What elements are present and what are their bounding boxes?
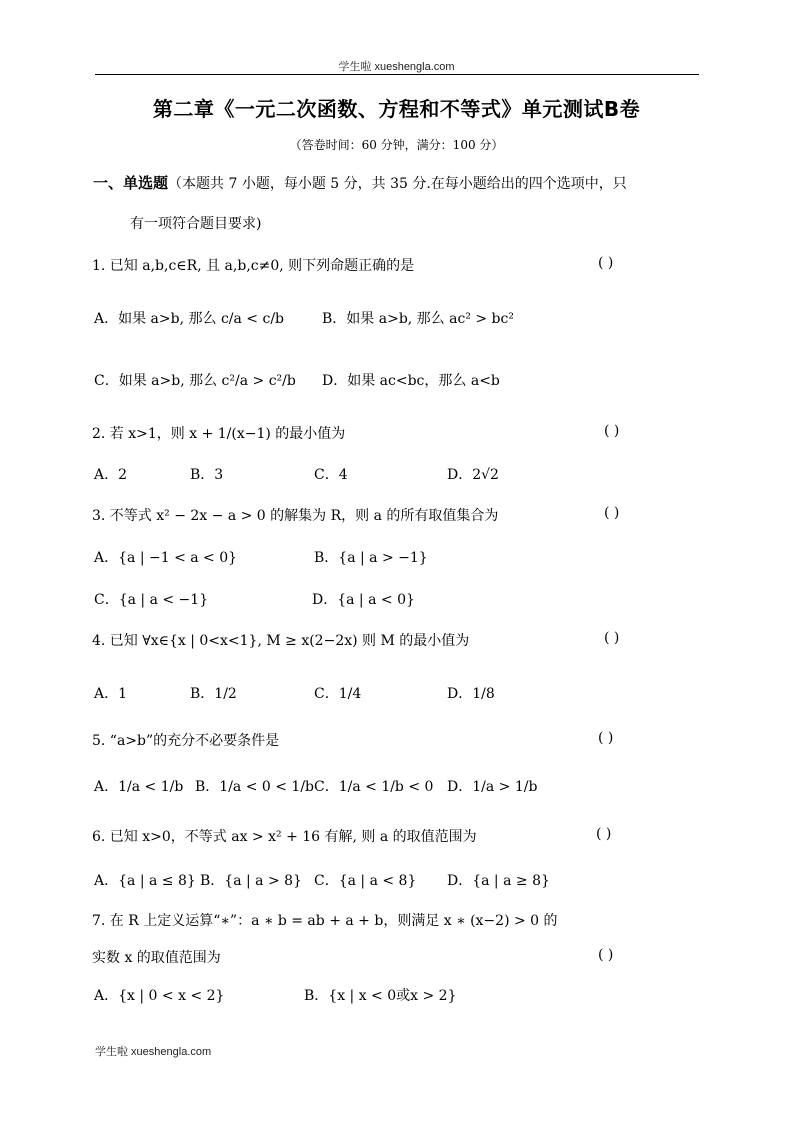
answer-blank-1[interactable]: ( ) [598,255,613,271]
q1-option-a[interactable]: A．如果 a>b, 那么 c/a < c/b [94,308,284,328]
q3-option-c[interactable]: C．{a | a < −1} [94,589,208,609]
q5-option-b[interactable]: B．1/a < 0 < 1/b [195,776,314,796]
answer-blank-2[interactable]: ( ) [604,423,619,439]
question-5-stem: 5. “a>b”的充分不必要条件是 [92,730,279,750]
question-7-stem-line1: 7. 在 R 上定义运算“∗”：a ∗ b = ab + a + b，则满足 x… [92,910,558,930]
answer-blank-7[interactable]: ( ) [598,947,613,963]
question-3-stem: 3. 不等式 x² − 2x − a > 0 的解集为 R，则 a 的所有取值集… [92,505,498,525]
exam-info: （答卷时间：60 分钟，满分：100 分） [0,136,793,153]
q3-option-a[interactable]: A．{a | −1 < a < 0} [94,547,237,567]
q2-option-d[interactable]: D．2√2 [447,464,499,484]
q2-option-a[interactable]: A．2 [94,464,127,484]
q5-option-d[interactable]: D．1/a > 1/b [447,776,537,796]
q4-option-d[interactable]: D．1/8 [447,683,495,703]
question-4-stem: 4. 已知 ∀x∈{x | 0<x<1}, M ≥ x(2−2x) 则 M 的最… [92,630,469,650]
q3-option-d[interactable]: D．{a | a < 0} [312,589,415,609]
answer-blank-3[interactable]: ( ) [604,505,619,521]
q2-option-c[interactable]: C．4 [314,464,348,484]
section-desc-1: （本题共 7 小题，每小题 5 分，共 35 分.在每小题给出的四个选项中，只 [168,176,627,192]
question-2-stem: 2. 若 x>1，则 x + 1/(x−1) 的最小值为 [92,423,345,443]
q4-option-c[interactable]: C．1/4 [314,683,361,703]
q7-option-b[interactable]: B．{x | x < 0或x > 2} [304,985,456,1005]
answer-blank-5[interactable]: ( ) [598,730,613,746]
q2-option-b[interactable]: B．3 [190,464,223,484]
answer-blank-4[interactable]: ( ) [604,630,619,646]
q7-option-a[interactable]: A．{x | 0 < x < 2} [94,985,224,1005]
answer-blank-6[interactable]: ( ) [596,826,611,842]
q1-option-d[interactable]: D．如果 ac<bc，那么 a<b [322,370,500,390]
section-desc-2: 有一项符合题目要求) [130,213,261,233]
q6-option-a[interactable]: A．{a | a ≤ 8} [94,870,196,890]
section-heading: 一、单选题（本题共 7 小题，每小题 5 分，共 35 分.在每小题给出的四个选… [93,172,627,193]
q6-option-b[interactable]: B．{a | a > 8} [200,870,302,890]
q1-option-b[interactable]: B．如果 a>b, 那么 ac² > bc² [322,308,514,328]
q4-option-a[interactable]: A．1 [94,683,127,703]
page-title: 第二章《一元二次函数、方程和不等式》单元测试B卷 [0,93,793,122]
footer-watermark: 学生啦 xueshengla.com [95,1043,211,1059]
q6-option-c[interactable]: C．{a | a < 8} [314,870,416,890]
q3-option-b[interactable]: B．{a | a > −1} [314,547,428,567]
question-1-stem: 1. 已知 a,b,c∈R, 且 a,b,c≠0, 则下列命题正确的是 [92,255,414,275]
header-divider [95,74,699,75]
q6-option-d[interactable]: D．{a | a ≥ 8} [447,870,550,890]
q5-option-c[interactable]: C．1/a < 1/b < 0 [314,776,433,796]
question-7-stem-line2: 实数 x 的取值范围为 [92,947,221,967]
question-6-stem: 6. 已知 x>0，不等式 ax > x² + 16 有解, 则 a 的取值范围… [92,826,477,846]
q1-option-c[interactable]: C．如果 a>b, 那么 c²/a > c²/b [94,370,296,390]
header-watermark: 学生啦 xueshengla.com [0,58,793,74]
section-title: 一、单选题 [93,174,168,192]
q5-option-a[interactable]: A．1/a < 1/b [94,776,183,796]
q4-option-b[interactable]: B．1/2 [190,683,237,703]
